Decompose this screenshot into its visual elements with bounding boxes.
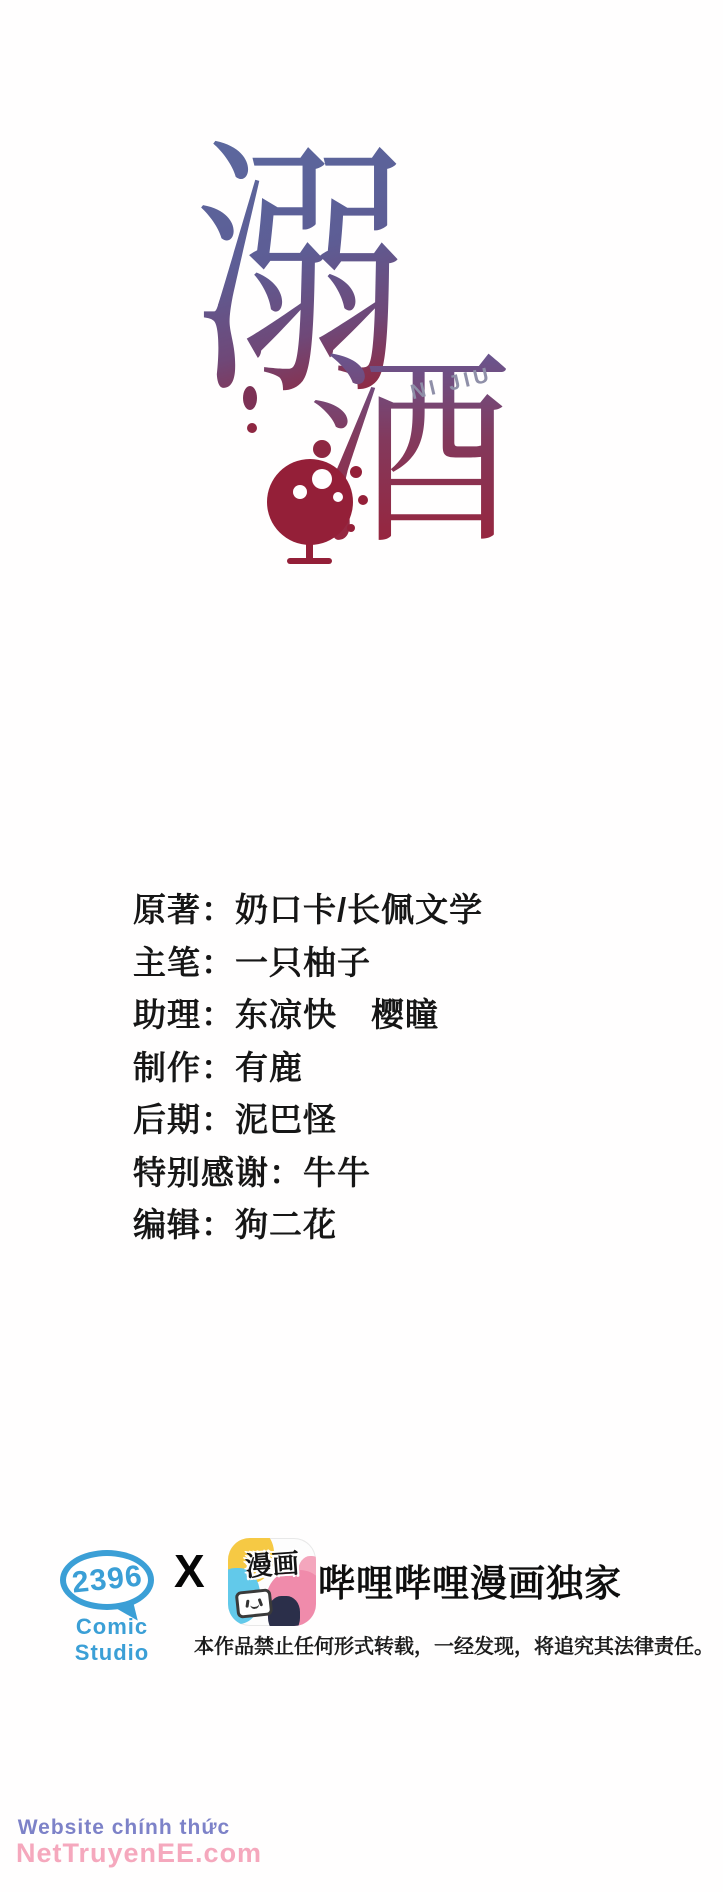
credit-production: 制作：有鹿 bbox=[133, 1042, 483, 1095]
icon-dark-shape bbox=[268, 1596, 300, 1626]
title-artwork: 溺 酒 NI JIU bbox=[0, 0, 723, 600]
watermark-site-url: NetTruyenEE.com bbox=[16, 1839, 232, 1869]
credit-special-thanks: 特别感谢：牛牛 bbox=[133, 1147, 483, 1200]
bilibili-manga-app-icon: 漫画 bbox=[228, 1538, 316, 1626]
manga-app-label: 漫画 bbox=[244, 1541, 301, 1584]
credit-assistants: 助理：东凉快 樱瞳 bbox=[133, 989, 483, 1042]
tv-mouth bbox=[250, 1603, 259, 1609]
studio-name: Comic Studio bbox=[42, 1614, 182, 1666]
credit-lead-artist: 主笔：一只柚子 bbox=[133, 937, 483, 990]
studio-number: 2396 bbox=[70, 1559, 144, 1600]
credits-block: 原著：奶口卡/长佩文学 主笔：一只柚子 助理：东凉快 樱瞳 制作：有鹿 后期：泥… bbox=[133, 884, 483, 1252]
collab-x-mark: X bbox=[174, 1544, 205, 1598]
tv-mascot-icon bbox=[235, 1588, 274, 1619]
speech-bubble-icon: 2396 bbox=[60, 1550, 154, 1610]
site-watermark: Website chính thức NetTruyenEE.com bbox=[16, 1816, 232, 1869]
comic-credits-page: 溺 酒 NI JIU 原著：奶口卡/长佩文学 主笔：一只柚子 助理：东凉快 樱瞳… bbox=[0, 0, 723, 1892]
watermark-official-site-text: Website chính thức bbox=[16, 1816, 232, 1839]
copyright-notice: 本作品禁止任何形式转载，一经发现，将追究其法律责任。 bbox=[194, 1630, 714, 1659]
credit-original-author: 原著：奶口卡/长佩文学 bbox=[133, 884, 483, 937]
publisher-exclusive-text: 哔哩哔哩漫画独家 bbox=[318, 1553, 622, 1607]
credit-editor: 编辑：狗二花 bbox=[133, 1199, 483, 1252]
tv-eye-left bbox=[245, 1600, 249, 1608]
credit-postproduction: 后期：泥巴怪 bbox=[133, 1094, 483, 1147]
